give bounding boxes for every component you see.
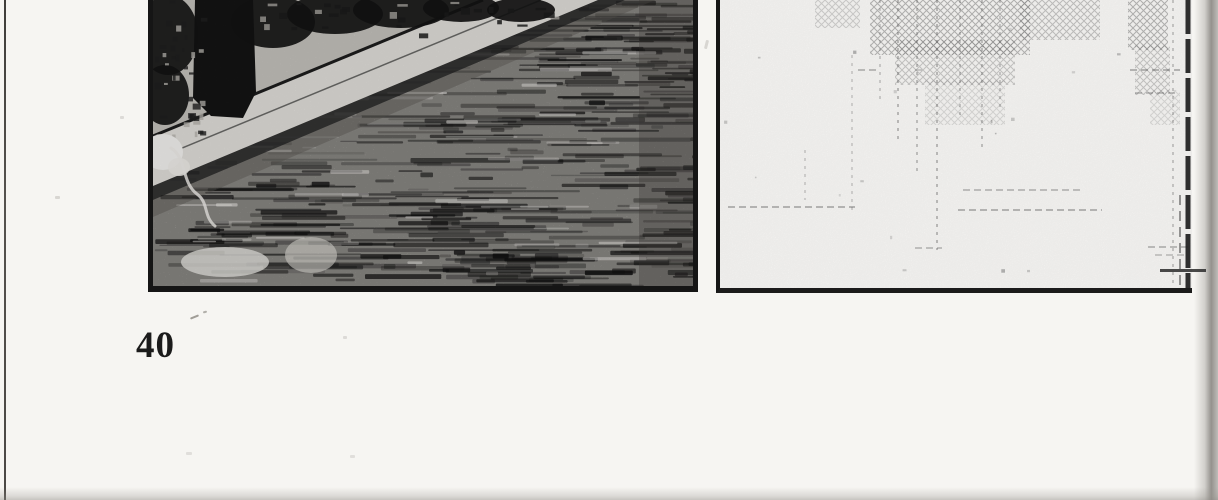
page-number: 40	[136, 324, 175, 367]
manga-panel-left	[148, 0, 698, 292]
scanned-manga-page: 40	[0, 0, 1218, 500]
panel-left-artwork	[153, 0, 693, 286]
paper-speck	[186, 452, 192, 455]
paper-speck	[55, 196, 60, 199]
stray-mark	[1160, 269, 1206, 272]
page-edge-shadow	[1194, 0, 1218, 500]
paper-speck	[704, 40, 709, 49]
paper-speck	[343, 336, 347, 339]
paper-speck	[190, 314, 199, 319]
paper-speck	[350, 455, 355, 458]
page-bottom-edge	[0, 487, 1218, 500]
page-binding-line	[4, 0, 6, 500]
panel-right-artwork	[720, 0, 1192, 288]
manga-panel-right	[716, 0, 1192, 293]
paper-speck	[120, 116, 124, 119]
paper-speck	[203, 311, 207, 314]
